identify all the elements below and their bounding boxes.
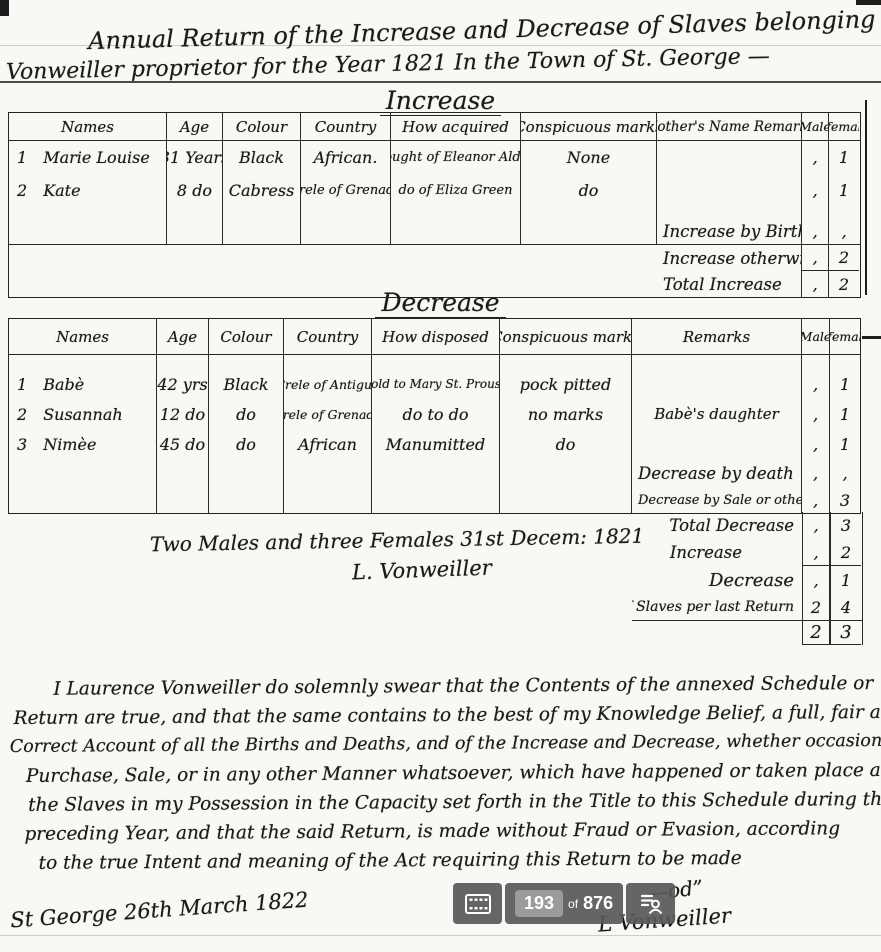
decrease-summary-row: Decrease by Sale or otherwise ‚ 3 xyxy=(9,487,860,513)
cell-marks: no marks xyxy=(500,399,632,429)
cell-marks: do xyxy=(521,174,657,207)
decrease-heading: Decrease xyxy=(375,288,505,318)
decrease-header-row: Names Age Colour Country How disposed Co… xyxy=(9,319,860,355)
cell-female: 2 xyxy=(830,539,861,566)
cell-male: ‚ xyxy=(802,399,830,429)
table-row: 2Susannah 12 do do Crele of Grenada do t… xyxy=(9,399,860,429)
cell-marks: do xyxy=(500,429,632,459)
cell-country: Crele of Grenada xyxy=(284,399,372,429)
cell-female: 1 xyxy=(830,369,860,399)
cell-female: 1 xyxy=(830,566,861,594)
col-colour: Colour xyxy=(223,113,301,140)
cell-male: ‚ xyxy=(802,141,829,174)
cell-female: 1 xyxy=(829,174,859,207)
cell-marks: pock pitted xyxy=(500,369,632,399)
scan-edge-mark-right-mid xyxy=(862,336,881,339)
cell-colour: Black xyxy=(209,369,284,399)
cell-country: African xyxy=(284,429,372,459)
tally-row: Increase ‚ 2 xyxy=(632,539,862,566)
cell-female: 1 xyxy=(830,399,860,429)
cell-name: 2Kate xyxy=(9,174,167,207)
table-row: 3Nimèe 45 do do African Manumitted do ‚ … xyxy=(9,429,860,459)
cell-remarks: Babè's daughter xyxy=(632,399,802,429)
cell-country: Crele of Grenada xyxy=(301,174,391,207)
cell-remarks xyxy=(632,369,802,399)
col-age: Age xyxy=(157,319,209,354)
cell-remarks xyxy=(632,429,802,459)
viewer-toolbar: 193 of 876 xyxy=(453,883,675,924)
tally-label: Total Decrease xyxy=(632,512,802,539)
cell-male: ‚ xyxy=(802,369,830,399)
person-index-icon xyxy=(638,891,664,917)
affidavit-paragraph: I Laurence Vonweiller do solemnly swear … xyxy=(9,669,878,878)
tally-label: Decrease xyxy=(632,566,802,594)
decrease-summary-row: Decrease by death ‚ ‚ xyxy=(9,459,860,487)
col-how-acquired: How acquired xyxy=(391,113,521,140)
increase-header-row: Names Age Colour Country How acquired Co… xyxy=(9,113,860,141)
page-navigator: 193 of 876 xyxy=(505,883,623,924)
col-how-disposed: How disposed xyxy=(372,319,500,354)
col-country: Country xyxy=(301,113,391,140)
scan-corner-mark xyxy=(0,0,9,16)
table-filler-row xyxy=(9,207,860,219)
cell-name: 1Marie Louise xyxy=(9,141,167,174)
cell-how-acquired: bought of Eleanor Aldes xyxy=(391,141,521,174)
cell-female: ‚ xyxy=(829,219,859,244)
cell-male: ‚ xyxy=(802,174,829,207)
cell-male: 2 xyxy=(802,621,830,645)
row-number: 2 xyxy=(17,405,27,424)
tally-row: Total Decrease ‚ 3 xyxy=(632,512,862,539)
document-viewer-page: Annual Return of the Increase and Decrea… xyxy=(0,0,881,952)
cell-name: 3Nimèe xyxy=(9,429,157,459)
cell-how-disposed: do to do xyxy=(372,399,500,429)
col-names: Names xyxy=(9,113,167,140)
tally-label xyxy=(632,621,802,645)
decrease-tally: Total Decrease ‚ 3 Increase ‚ 2 Decrease… xyxy=(632,512,863,645)
cell-female: 1 xyxy=(830,429,860,459)
total-pages: 876 xyxy=(583,893,613,914)
col-male: Male xyxy=(802,113,829,140)
table-filler-row xyxy=(9,355,860,369)
summary-label: Increase by Birth xyxy=(657,219,802,244)
place-date: St George 26th March 1822 xyxy=(10,888,310,933)
table-row: 2Kate 8 do Cabress Crele of Grenada do o… xyxy=(9,174,860,207)
cell-male: 2 xyxy=(802,594,830,620)
cell-remarks xyxy=(657,174,802,207)
cell-colour: Cabress xyxy=(223,174,301,207)
cell-age: 12 do xyxy=(157,399,209,429)
cell-male: ‚ xyxy=(802,245,829,271)
cell-how-acquired: do of Eliza Green xyxy=(391,174,521,207)
cell-male: ‚ xyxy=(802,566,830,594)
affidavit-line: to the true Intent and meaning of the Ac… xyxy=(11,843,879,878)
col-colour: Colour xyxy=(209,319,284,354)
summary-label: Decrease by death xyxy=(632,459,802,487)
cell-colour: Black xyxy=(223,141,301,174)
cell-colour: do xyxy=(209,399,284,429)
cell-male: ‚ xyxy=(802,512,830,539)
cell-female: 3 xyxy=(830,621,861,645)
col-names: Names xyxy=(9,319,157,354)
affidavit-line: preceding Year, and that the said Return… xyxy=(10,814,878,849)
col-conspicuous-marks: Conspicuous marks xyxy=(521,113,657,140)
cell-female: 1 xyxy=(829,141,859,174)
cell-female: 2 xyxy=(829,245,859,271)
cell-female: ‚ xyxy=(830,459,860,487)
increase-summary-row: Increase by Birth ‚ ‚ xyxy=(9,219,860,245)
col-femal: femal xyxy=(829,113,859,140)
cell-age: 45 do xyxy=(157,429,209,459)
filmstrip-icon xyxy=(464,892,492,916)
col-country: Country xyxy=(284,319,372,354)
index-button[interactable] xyxy=(626,883,675,924)
scan-edge-line-right xyxy=(865,100,867,295)
cell-male: ‚ xyxy=(802,487,830,513)
cell-remarks xyxy=(657,141,802,174)
scan-streak-2 xyxy=(0,935,881,936)
cell-male: ‚ xyxy=(802,539,830,566)
current-page-input[interactable]: 193 xyxy=(515,890,563,917)
cell-marks: None xyxy=(521,141,657,174)
tally-row: 2 3 xyxy=(632,621,862,645)
tally-row: No of Slaves per last Return 2 4 xyxy=(632,594,862,621)
cell-how-disposed: Manumitted xyxy=(372,429,500,459)
tally-label: No of Slaves per last Return xyxy=(632,594,802,620)
row-number: 3 xyxy=(17,435,27,454)
summary-label: Decrease by Sale or otherwise xyxy=(632,487,802,513)
summary-label: Increase otherwise xyxy=(657,245,802,271)
filmstrip-button[interactable] xyxy=(453,883,502,924)
increase-summary-row: Increase otherwise ‚ 2 xyxy=(9,245,860,271)
table-row: 1Marie Louise 31 Years Black African. bo… xyxy=(9,141,860,174)
cell-age: 42 yrs xyxy=(157,369,209,399)
col-femal: femal xyxy=(830,319,860,354)
decrease-note-signature: L. Vonweiller xyxy=(352,556,492,585)
col-mothers-name: Mother's Name Remarks xyxy=(657,113,802,140)
cell-name: 2Susannah xyxy=(9,399,157,429)
cell-female: 3 xyxy=(830,487,860,513)
of-label: of xyxy=(568,897,578,911)
tally-label: Increase xyxy=(632,539,802,566)
cell-age: 31 Years xyxy=(167,141,223,174)
cell-female: 3 xyxy=(830,512,861,539)
cell-female: 4 xyxy=(830,594,861,620)
cell-male: ‚ xyxy=(802,459,830,487)
decrease-note-line1: Two Males and three Females 31st Decem: … xyxy=(150,524,645,557)
col-male: Male xyxy=(802,319,830,354)
increase-table: Names Age Colour Country How acquired Co… xyxy=(8,112,861,298)
tally-row: Decrease ‚ 1 xyxy=(632,566,862,594)
col-age: Age xyxy=(167,113,223,140)
cell-colour: do xyxy=(209,429,284,459)
cell-how-disposed: Sold to Mary St. Prouse xyxy=(372,369,500,399)
row-number: 1 xyxy=(17,375,27,394)
row-number: 2 xyxy=(17,181,27,200)
cell-name: 1Babè xyxy=(9,369,157,399)
row-number: 1 xyxy=(17,148,27,167)
col-conspicuous-marks: Conspicuous marks xyxy=(500,319,632,354)
cell-male: ‚ xyxy=(802,429,830,459)
cell-country: African. xyxy=(301,141,391,174)
cell-age: 8 do xyxy=(167,174,223,207)
decrease-table: Names Age Colour Country How disposed Co… xyxy=(8,318,861,514)
cell-country: Crele of Antigua xyxy=(284,369,372,399)
table-row: 1Babè 42 yrs Black Crele of Antigua Sold… xyxy=(9,369,860,399)
cell-male: ‚ xyxy=(802,219,829,244)
col-remarks: Remarks xyxy=(632,319,802,354)
